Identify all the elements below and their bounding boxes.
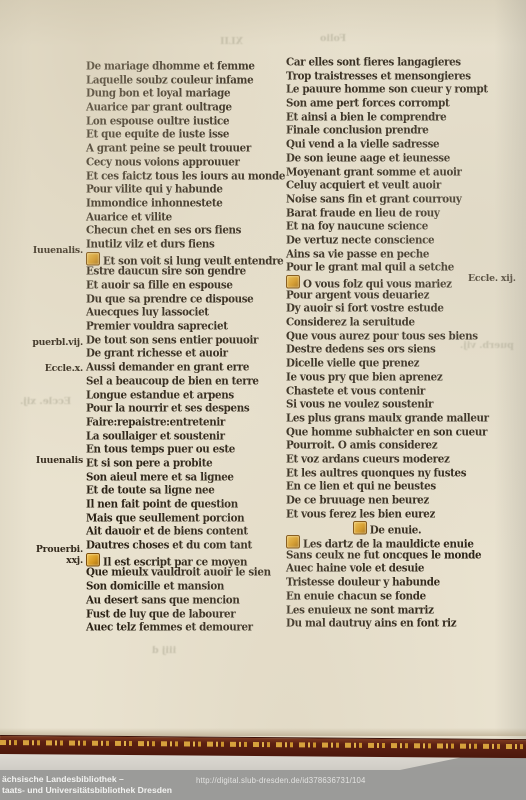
text-line: Et na foy naucune science — [286, 220, 488, 234]
line-text: Si vous ne voulez soustenir — [286, 398, 433, 410]
line-text: En enuie chacun se fonde — [286, 590, 426, 602]
text-line: De vertuz necte conscience — [286, 234, 488, 248]
margin-note: Eccle.x. — [45, 363, 83, 374]
line-text: Que homme subhaicter en son cueur — [286, 426, 487, 438]
line-text: Dautres choses et du com tant — [86, 539, 252, 551]
library-line1: ächsische Landesbibliothek – — [2, 774, 172, 785]
line-text: De ce bruuage nen beurez — [286, 494, 429, 506]
line-text: Barat fraude en lieu de rouy — [286, 207, 440, 219]
line-text: Et ces faictz tous les iours au monde — [86, 170, 285, 182]
text-line: De tout son sens entier pouuoir — [86, 334, 288, 348]
line-text: Trop traistresses et mensongieres — [286, 70, 471, 82]
bleedthrough-text: iiij d — [152, 645, 176, 656]
text-line: Son domicille et mansion — [86, 580, 288, 594]
text-line: Et son voit si lung veult entendre — [86, 252, 288, 266]
lombard-initial-icon — [286, 535, 300, 549]
bleedthrough-text: Eccle. xij. — [20, 396, 71, 407]
text-line: Pour argent vous deuariez — [286, 289, 488, 303]
text-line: Que vous aurez pour tous ses biens — [286, 330, 488, 344]
text-line: En enuie chacun se fonde — [286, 590, 488, 604]
lombard-initial-icon — [286, 275, 300, 289]
text-line: Trop traistresses et mensongieres — [286, 70, 488, 84]
bleedthrough-text: Folio — [320, 33, 346, 44]
text-line: Considerez la seruitude — [286, 316, 488, 330]
text-line: Et ainsi a bien le comprendre — [286, 111, 488, 125]
text-line: Longue estandue et arpens — [86, 389, 288, 403]
text-line: Les dartz de la mauldicte enuie — [286, 535, 488, 549]
text-line: Ie vous pry que bien aprenez — [286, 371, 488, 385]
text-line: Dy auoir si fort vostre estude — [286, 302, 488, 316]
text-line: Pour la nourrir et ses despens — [86, 402, 288, 416]
line-text: Et les aultres quonques ny fustes — [286, 467, 466, 479]
text-line: Moyenant grant somme et auoir — [286, 166, 488, 180]
text-line: Celuy acquiert et veult auoir — [286, 179, 488, 193]
line-text: Auarice par grant oultrage — [86, 101, 232, 113]
line-text: Auecques luy lassociet — [86, 306, 209, 318]
text-line: Auarice et vilite — [86, 211, 288, 225]
library-attribution: ächsische Landesbibliothek – taats- und … — [2, 774, 172, 795]
text-line: Barat fraude en lieu de rouy — [286, 207, 488, 221]
text-line: Et ces faictz tous les iours au monde — [86, 170, 288, 184]
text-line: Pour le grant mal quil a setche — [286, 261, 488, 275]
text-line: De son ieune aage et ieunesse — [286, 152, 488, 166]
line-text: Son ame pert forces corrompt — [286, 97, 449, 109]
line-text: Auec haine vole et desuie — [286, 562, 424, 574]
text-line: Auec haine vole et desuie — [286, 562, 488, 576]
line-text: Ie vous pry que bien aprenez — [286, 371, 442, 383]
text-line: Les plus grans maulx grande malleur — [286, 412, 488, 426]
text-line: Laquelle soubz couleur infame — [86, 74, 288, 88]
line-text: Pour argent vous deuariez — [286, 289, 429, 301]
text-line: De grant richesse et auoir — [86, 347, 288, 361]
line-text: Et si son pere a probite — [86, 457, 212, 469]
line-text: Chastete et vous contenir — [286, 385, 425, 397]
text-line: Et voz ardans cueurs moderez — [286, 453, 488, 467]
text-line: Tristesse douleur y habunde — [286, 576, 488, 590]
line-text: Il nen fait point de question — [86, 498, 238, 510]
line-text: Que vous aurez pour tous ses biens — [286, 330, 478, 342]
text-line: Ait dauoir et de biens content — [86, 525, 288, 539]
text-line: La soullaiger et soustenir — [86, 430, 288, 444]
text-line: Son ame pert forces corrompt — [286, 97, 488, 111]
margin-note: Iuuenalis. — [33, 245, 83, 256]
line-text: Immondice inhonnestete — [86, 197, 222, 209]
line-text: De grant richesse et auoir — [86, 347, 228, 359]
text-column-left: De mariage dhomme et femmeLaquelle soubz… — [86, 60, 288, 635]
line-text: Et na foy naucune science — [286, 220, 428, 232]
text-column-right: Car elles sont fieres langagieresTrop tr… — [286, 56, 488, 631]
text-line: Ains sa vie passe en peche — [286, 248, 488, 262]
line-text: Car elles sont fieres langagieres — [286, 56, 461, 68]
line-text: En tous temps puer ou este — [86, 443, 235, 455]
text-line: Le pauure homme son cueur y rompt — [286, 83, 488, 97]
text-line: Dung bon et loyal mariage — [86, 87, 288, 101]
line-text: Auec telz femmes et demourer — [86, 621, 253, 633]
line-text: Premier vouldra sapreciet — [86, 320, 228, 332]
line-text: Pourroit. O amis considerez — [286, 439, 437, 451]
text-line: Finale conclusion prendre — [286, 124, 488, 138]
text-line: De enuie. — [286, 521, 488, 535]
line-text: Faire:repaistre:entretenir — [86, 416, 225, 428]
text-line: Aussi demander en grant erre — [86, 361, 288, 375]
library-line2: taats- und Universitätsbibliothek Dresde… — [2, 785, 172, 796]
text-line: O vous folz qui vous mariez — [286, 275, 488, 289]
bleedthrough-text: XLII — [220, 36, 243, 47]
text-line: Destre dedens ses ors siens — [286, 343, 488, 357]
text-line: Et si son pere a probite — [86, 457, 288, 471]
text-line: De ce bruuage nen beurez — [286, 494, 488, 508]
line-text: Considerez la seruitude — [286, 316, 415, 328]
line-text: Ains sa vie passe en peche — [286, 248, 429, 260]
footer-bar: ächsische Landesbibliothek – taats- und … — [0, 770, 526, 800]
line-text: Dy auoir si fort vostre estude — [286, 302, 444, 314]
line-text: Et voz ardans cueurs moderez — [286, 453, 449, 465]
line-text: Pour vilite qui y habunde — [86, 183, 223, 195]
source-url: http://digital.slub-dresden.de/id3786367… — [196, 776, 366, 785]
line-text: Longue estandue et arpens — [86, 389, 234, 401]
text-line: Checun chet en ses ors fiens — [86, 224, 288, 238]
text-line: Pour vilite qui y habunde — [86, 183, 288, 197]
text-line: Estre daucun sire son gendre — [86, 265, 288, 279]
text-line: Que homme subhaicter en son cueur — [286, 426, 488, 440]
line-text: De son ieune aage et ieunesse — [286, 152, 450, 164]
text-line: Sel a beaucoup de bien en terre — [86, 375, 288, 389]
line-text: Sel a beaucoup de bien en terre — [86, 375, 259, 387]
text-line: Car elles sont fieres langagieres — [286, 56, 488, 70]
text-line: De mariage dhomme et femme — [86, 60, 288, 74]
line-text: Noise sans fin et grant courrouy — [286, 193, 462, 205]
line-text: Moyenant grant somme et auoir — [286, 166, 462, 178]
line-text: Estre daucun sire son gendre — [86, 265, 246, 277]
margin-note: Iuuenalis — [36, 455, 83, 466]
text-line: Sans ceulx ne fut oncques le monde — [286, 549, 488, 563]
line-text: Cecy nous voions approuuer — [86, 156, 240, 168]
text-line: A grant peine se peult trouuer — [86, 142, 288, 156]
margin-note: xxj. — [66, 555, 83, 566]
line-text: Et vous ferez les bien eurez — [286, 508, 435, 520]
line-text: Et ainsi a bien le comprendre — [286, 111, 446, 123]
text-line: Et les aultres quonques ny fustes — [286, 467, 488, 481]
text-line: Inutilz vilz et durs fiens — [86, 238, 288, 252]
text-line: Au desert sans que mencion — [86, 594, 288, 608]
text-line: Fust de luy que de labourer — [86, 608, 288, 622]
text-line: Et de toute sa ligne nee — [86, 484, 288, 498]
text-line: Du mal dautruy ains en font riz — [286, 617, 488, 631]
text-line: Son aieul mere et sa lignee — [86, 471, 288, 485]
line-text: Son domicille et mansion — [86, 580, 224, 592]
line-text: Les plus grans maulx grande malleur — [286, 412, 489, 424]
line-text: Laquelle soubz couleur infame — [86, 74, 253, 86]
line-text: Dicelle vielle que prenez — [286, 357, 419, 369]
margin-note: puerbl.vij. — [32, 337, 83, 348]
line-text: Sans ceulx ne fut oncques le monde — [286, 549, 481, 561]
line-text: Du mal dautruy ains en font riz — [286, 617, 456, 629]
lombard-initial-icon — [353, 521, 367, 535]
line-text: Destre dedens ses ors siens — [286, 343, 435, 355]
line-text: Ait dauoir et de biens content — [86, 525, 248, 537]
line-text: Fust de luy que de labourer — [86, 608, 235, 620]
text-line: Que mieulx vauldroit auoir le sien — [86, 566, 288, 580]
text-line: Mais que seullement porcion — [86, 512, 288, 526]
text-line: Et vous ferez les bien eurez — [286, 508, 488, 522]
manuscript-scan-page: XLIIFolioEccle. xij.puerb. vij.iiij d Iu… — [0, 0, 526, 800]
text-line: Auec telz femmes et demourer — [86, 621, 288, 635]
line-text: De tout son sens entier pouuoir — [86, 334, 258, 346]
line-text: Et que equite de iuste isse — [86, 128, 229, 140]
gold-tooling-pattern — [0, 740, 526, 749]
text-line: Auecques luy lassociet — [86, 306, 288, 320]
line-text: Qui vend a la vielle sadresse — [286, 138, 439, 150]
line-text: Inutilz vilz et durs fiens — [86, 238, 215, 250]
line-text: De mariage dhomme et femme — [86, 60, 255, 72]
line-text: Et de toute sa ligne nee — [86, 484, 214, 496]
text-line: Les enuieux ne sont marriz — [286, 604, 488, 618]
lombard-initial-icon — [86, 252, 100, 266]
text-line: Pourroit. O amis considerez — [286, 439, 488, 453]
line-text: Dung bon et loyal mariage — [86, 87, 230, 99]
text-line: En ce lien et qui ne beustes — [286, 480, 488, 494]
text-line: Il nen fait point de question — [86, 498, 288, 512]
text-line: Lon espouse oultre iustice — [86, 115, 288, 129]
line-text: Et auoir sa fille en espouse — [86, 279, 233, 291]
lombard-initial-icon — [86, 553, 100, 567]
text-line: Et auoir sa fille en espouse — [86, 279, 288, 293]
line-text: Son aieul mere et sa lignee — [86, 471, 234, 483]
text-line: Il est escript par ce moyen — [86, 553, 288, 567]
line-text: Finale conclusion prendre — [286, 124, 428, 136]
text-line: Cecy nous voions approuuer — [86, 156, 288, 170]
page-top-shading — [0, 0, 526, 46]
text-line: Qui vend a la vielle sadresse — [286, 138, 488, 152]
line-text: Auarice et vilite — [86, 211, 172, 223]
line-text: Les enuieux ne sont marriz — [286, 604, 434, 616]
line-text: Pour la nourrir et ses despens — [86, 402, 249, 414]
text-line: Du que sa prendre ce dispouse — [86, 293, 288, 307]
line-text: En ce lien et qui ne beustes — [286, 480, 436, 492]
line-text: De vertuz necte conscience — [286, 234, 434, 246]
text-line: Immondice inhonnestete — [86, 197, 288, 211]
line-text: Au desert sans que mencion — [86, 594, 239, 606]
line-text: Aussi demander en grant erre — [86, 361, 249, 373]
text-line: Dicelle vielle que prenez — [286, 357, 488, 371]
text-line: Noise sans fin et grant courrouy — [286, 193, 488, 207]
line-text: A grant peine se peult trouuer — [86, 142, 251, 154]
line-text: Que mieulx vauldroit auoir le sien — [86, 566, 271, 578]
line-text: La soullaiger et soustenir — [86, 430, 225, 442]
line-text: Lon espouse oultre iustice — [86, 115, 229, 127]
text-line: Et que equite de iuste isse — [86, 128, 288, 142]
text-line: Premier vouldra sapreciet — [86, 320, 288, 334]
line-text: Le pauure homme son cueur y rompt — [286, 83, 488, 95]
line-text: Celuy acquiert et veult auoir — [286, 179, 441, 191]
text-line: Si vous ne voulez soustenir — [286, 398, 488, 412]
text-line: Dautres choses et du com tant — [86, 539, 288, 553]
text-line: Chastete et vous contenir — [286, 385, 488, 399]
margin-note: Prouerbi. — [36, 544, 83, 555]
line-text: Mais que seullement porcion — [86, 512, 244, 524]
text-line: En tous temps puer ou este — [86, 443, 288, 457]
line-text: Pour le grant mal quil a setche — [286, 261, 454, 273]
line-text: Checun chet en ses ors fiens — [86, 224, 241, 236]
text-line: Faire:repaistre:entretenir — [86, 416, 288, 430]
line-text: Du que sa prendre ce dispouse — [86, 293, 253, 305]
text-line: Auarice par grant oultrage — [86, 101, 288, 115]
line-text: Tristesse douleur y habunde — [286, 576, 440, 588]
